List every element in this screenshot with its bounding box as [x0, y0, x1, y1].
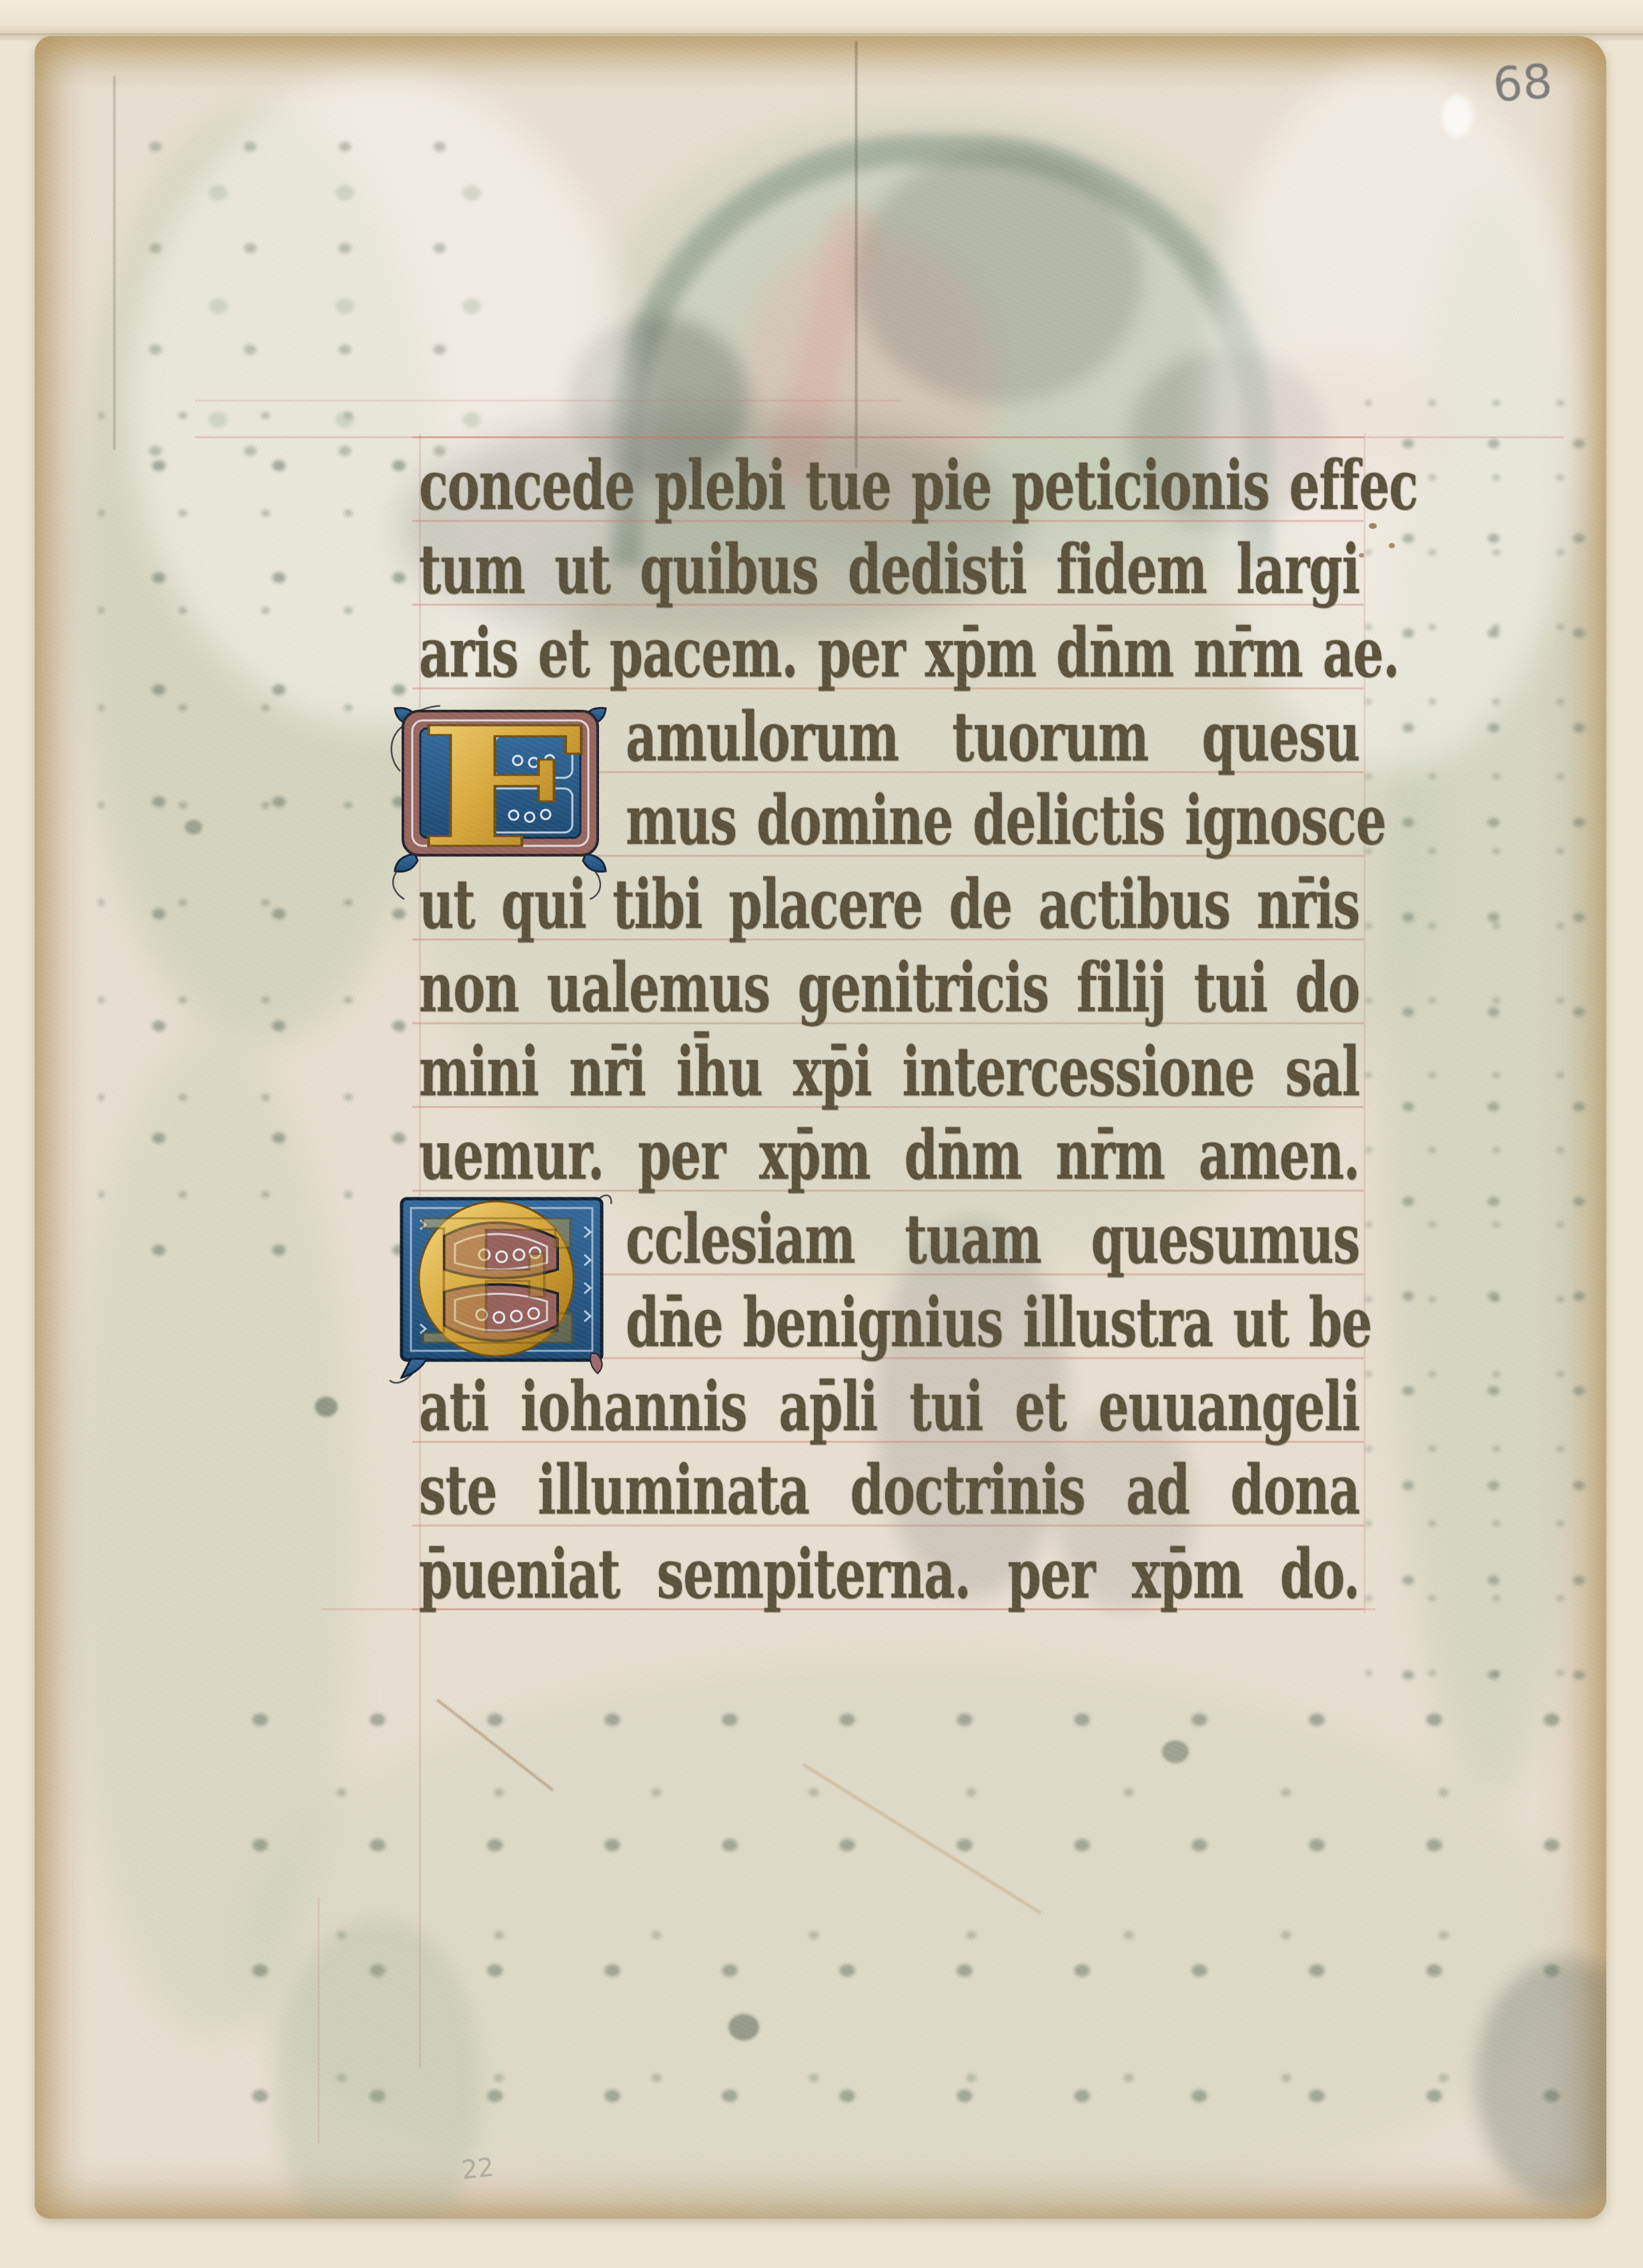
manuscript-leaf: concede plebi tue pie peticionis effec t… [35, 36, 1606, 2219]
mat-backing-paper [0, 0, 1643, 35]
photograph-of-manuscript-leaf: concede plebi tue pie peticionis effec t… [0, 0, 1643, 2268]
vellum-texture [35, 36, 1606, 2219]
